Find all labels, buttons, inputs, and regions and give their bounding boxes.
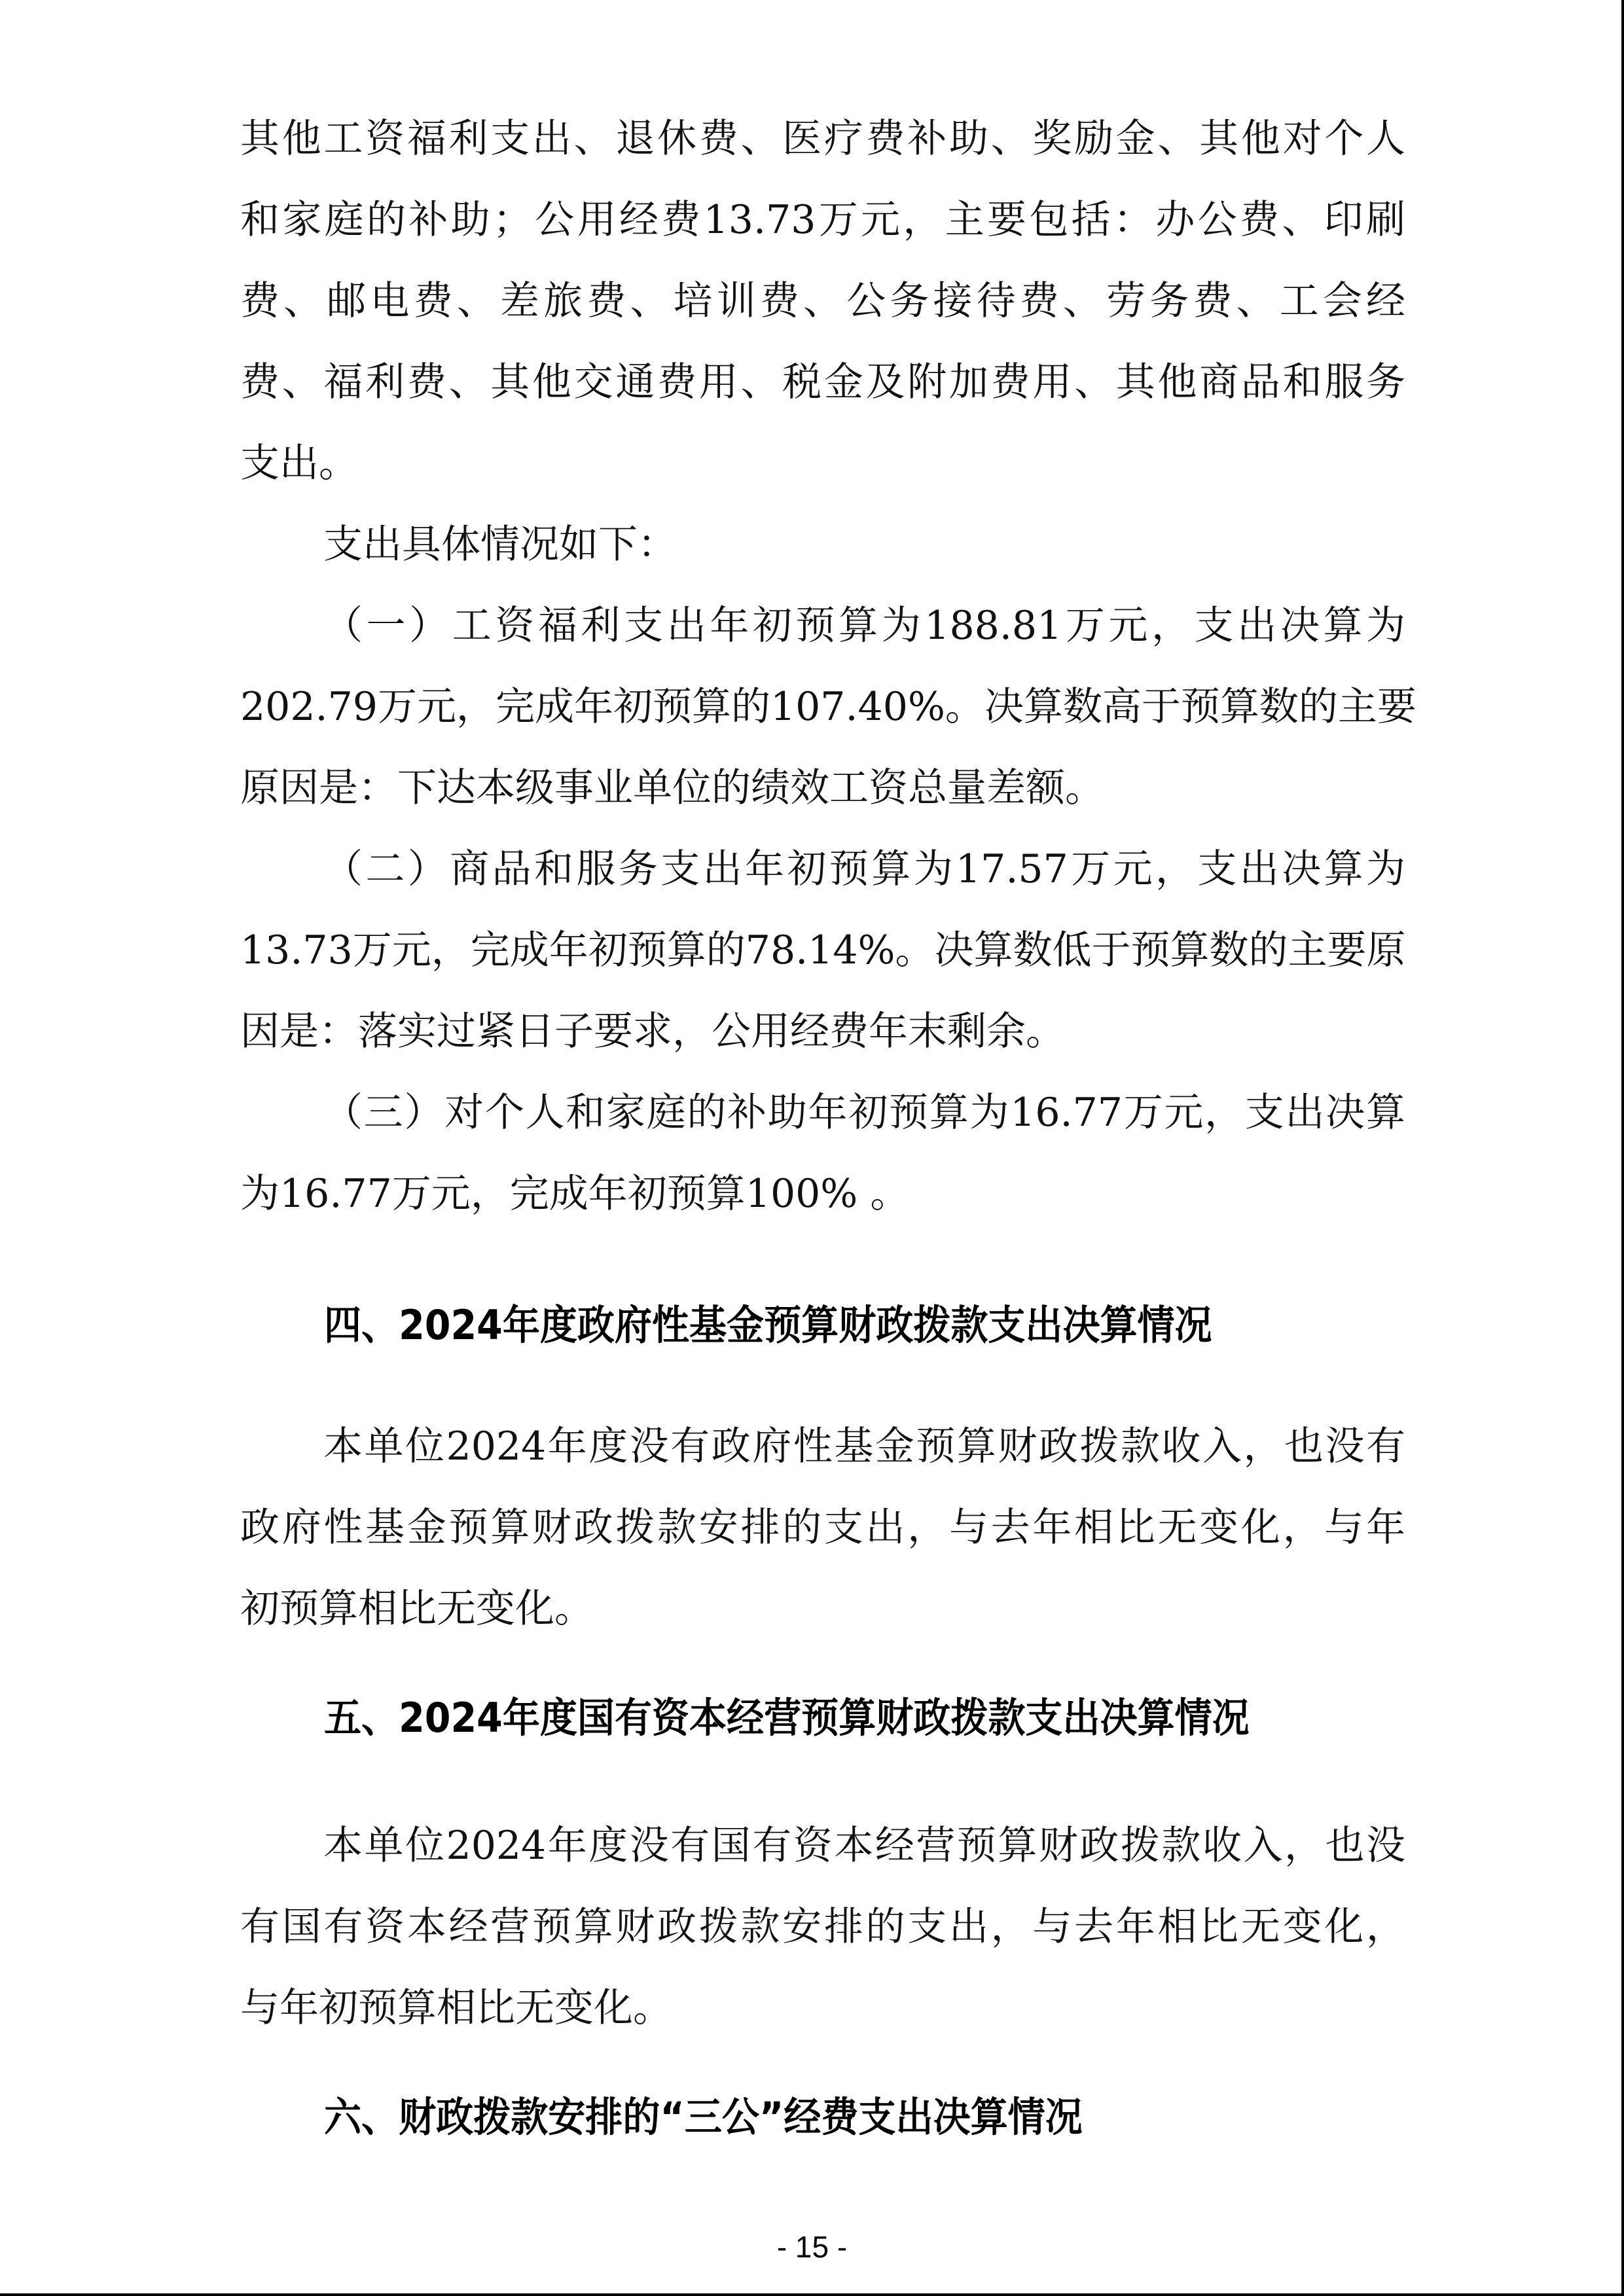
text-line: 支出。 [240, 442, 1405, 484]
text-line: （二）商品和服务支出年初预算为17.57万元，支出决算为 [323, 848, 1405, 890]
details-intro: 支出具体情况如下： [323, 524, 1405, 565]
document-page: 其他工资福利支出、退休费、医疗费补助、奖励金、其他对个人 和家庭的补助；公用经费… [0, 0, 1624, 2296]
page-number: - 15 - [0, 2229, 1624, 2265]
text-line: 费、邮电费、差旅费、培训费、公务接待费、劳务费、工会经 [240, 280, 1405, 322]
text-line: 为16.77万元，完成年初预算100% 。 [240, 1173, 1405, 1215]
section-heading: 六、财政拨款安排的“三公”经费支出决算情况 [324, 2094, 1083, 2140]
text-line: 政府性基金预算财政拨款安排的支出，与去年相比无变化，与年 [240, 1507, 1405, 1549]
text-line: （三）对个人和家庭的补助年初预算为16.77万元，支出决算 [323, 1092, 1405, 1134]
text-line: 初预算相比无变化。 [240, 1588, 1405, 1630]
section-heading: 四、2024年度政府性基金预算财政拨款支出决算情况 [324, 1302, 1212, 1348]
text-line: 原因是：下达本级事业单位的绩效工资总量差额。 [240, 767, 1405, 809]
text-line: 本单位2024年度没有国有资本经营预算财政拨款收入，也没 [323, 1825, 1405, 1867]
text-line: 其他工资福利支出、退休费、医疗费补助、奖励金、其他对个人 [240, 118, 1405, 160]
text-line: 202.79万元，完成年初预算的107.40%。决算数高于预算数的主要 [240, 686, 1405, 728]
text-line: 有国有资本经营预算财政拨款安排的支出，与去年相比无变化， [240, 1906, 1405, 1948]
text-line: 和家庭的补助；公用经费13.73万元，主要包括：办公费、印刷 [240, 199, 1405, 241]
text-line: 13.73万元，完成年初预算的78.14%。决算数低于预算数的主要原 [240, 929, 1405, 971]
text-line: 因是：落实过紧日子要求，公用经费年末剩余。 [240, 1011, 1405, 1052]
text-line: 本单位2024年度没有政府性基金预算财政拨款收入，也没有 [323, 1426, 1405, 1467]
text-line: 费、福利费、其他交通费用、税金及附加费用、其他商品和服务 [240, 361, 1405, 403]
section-heading: 五、2024年度国有资本经营预算财政拨款支出决算情况 [324, 1695, 1250, 1741]
text-line: 与年初预算相比无变化。 [240, 1987, 1405, 2029]
text-line: （一）工资福利支出年初预算为188.81万元，支出决算为 [323, 605, 1405, 647]
